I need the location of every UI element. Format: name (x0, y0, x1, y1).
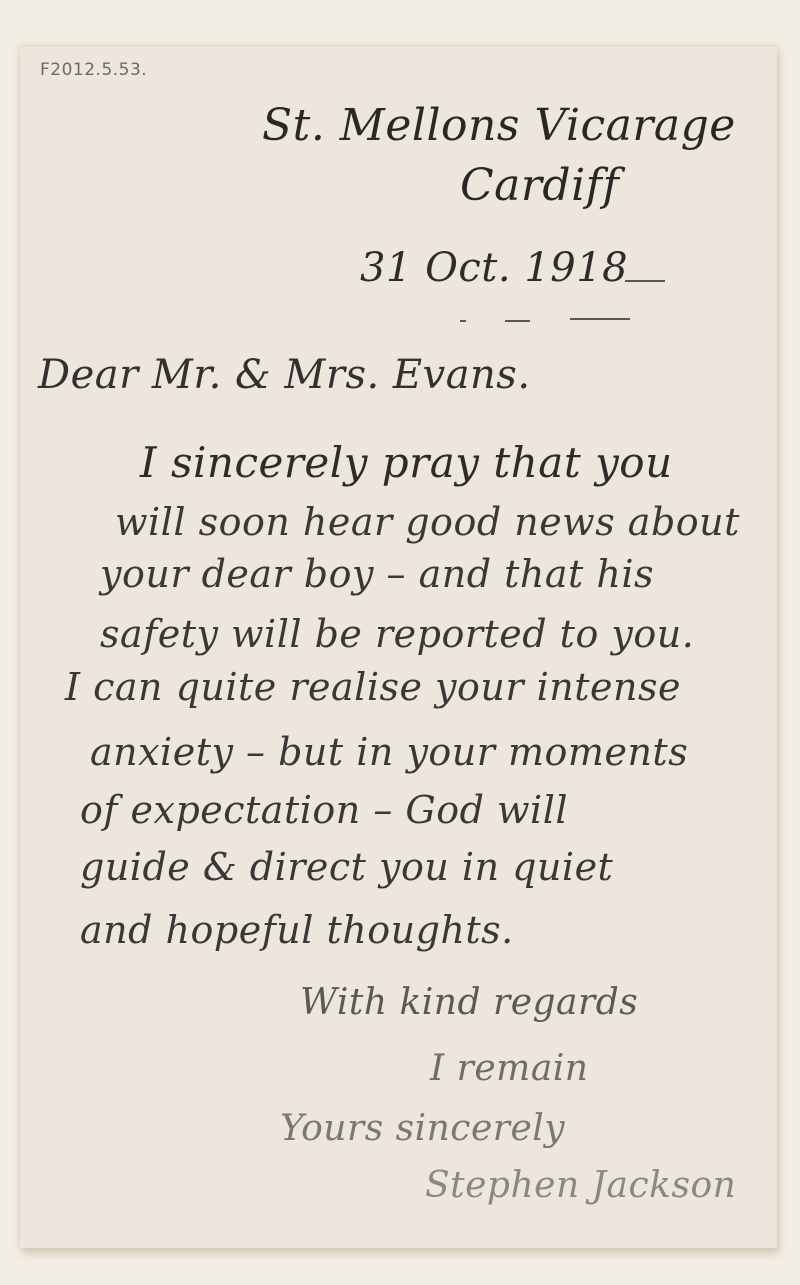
body-line: I can quite realise your intense (65, 665, 681, 709)
letter-date: 31 Oct. 1918 (360, 245, 628, 291)
salutation: Dear Mr. & Mrs. Evans. (38, 352, 531, 398)
pen-stroke (460, 320, 466, 322)
pen-stroke (570, 318, 630, 320)
accession-number: F2012.5.53. (40, 60, 147, 80)
closing: With kind regards (300, 982, 638, 1023)
body-line: guide & direct you in quiet (80, 845, 613, 889)
body-line: I sincerely pray that you (140, 438, 673, 487)
valediction-yours: Yours sincerely (280, 1108, 565, 1149)
body-line: your dear boy – and that his (100, 552, 654, 596)
address-line-2: Cardiff (460, 160, 619, 211)
pen-stroke (625, 280, 665, 282)
address-line-1: St. Mellons Vicarage (262, 100, 736, 151)
signature: Stephen Jackson (425, 1165, 736, 1206)
body-line: and hopeful thoughts. (80, 908, 514, 952)
pen-stroke (505, 320, 530, 322)
valediction-remain: I remain (430, 1048, 588, 1089)
body-line: will soon hear good news about (115, 500, 740, 544)
page-background: F2012.5.53. St. Mellons Vicarage Cardiff… (0, 0, 800, 1285)
body-line: of expectation – God will (80, 788, 568, 832)
body-line: anxiety – but in your moments (90, 730, 688, 774)
body-line: safety will be reported to you. (100, 612, 694, 656)
